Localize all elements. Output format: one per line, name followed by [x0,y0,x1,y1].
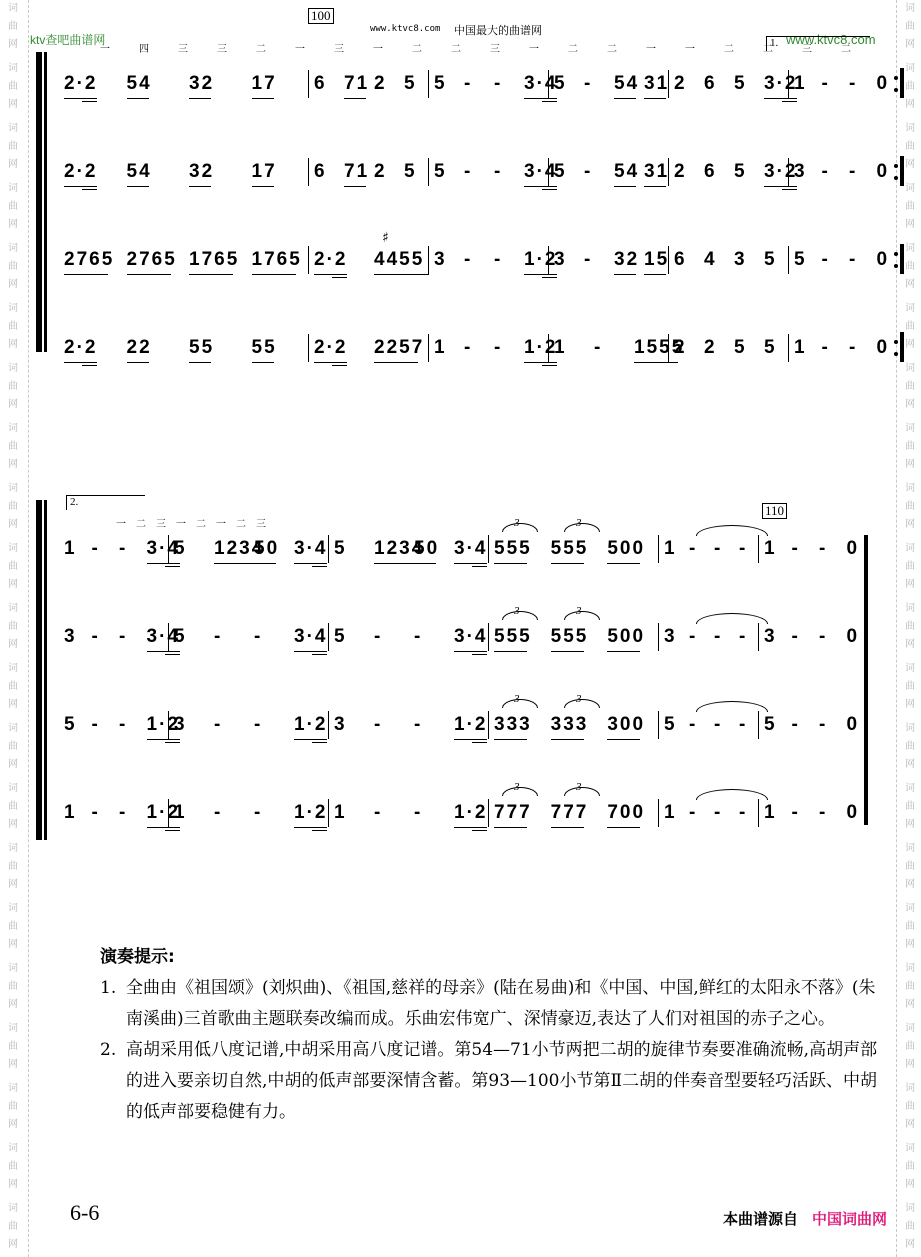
note-group: 1·2 [294,801,327,825]
note-group: - [214,625,222,649]
underline-beam [454,739,487,740]
performance-notes-title: 演奏提示: [100,942,880,967]
note-group: - [689,625,697,649]
measure-number-box: 100 [308,8,334,24]
barline [488,711,489,739]
note-group: - [792,537,800,561]
watermark-glyphs: 词曲网 [5,420,21,474]
staff-row-2: 2·2543217671255--3·45-54312653·23--0 [58,160,878,200]
note-group: - [714,625,722,649]
note-group: 32 [189,72,214,96]
note-number: 1. [100,973,126,1035]
repeat-dot [894,352,898,356]
note-group: 1 [664,537,677,561]
note-group: - [819,625,827,649]
note-group: 333 [551,713,589,737]
note-group: - [92,625,100,649]
underline-beam [314,362,347,363]
watermark-glyphs: 词曲网 [5,480,21,534]
note-group: 555 [551,537,589,561]
repeat-end-barline [900,332,904,362]
note-group: - [819,537,827,561]
note-group: - [464,72,472,96]
site-watermark-url: www.ktvc8.com [370,24,440,34]
barline [328,711,329,739]
underline-beam [189,98,211,99]
barline [548,70,549,98]
barline [168,711,169,739]
barline [328,535,329,563]
barline [488,799,489,827]
underline-beam-2 [312,654,327,655]
note-group: 22 [127,336,152,360]
note-group: 54 [127,72,152,96]
note-group: - [464,248,472,272]
source-label: 本曲谱源自 [723,1210,798,1228]
barline [328,799,329,827]
note-group: 5 [734,72,747,96]
note-group: 500 [607,625,645,649]
note-group: 32 [189,160,214,184]
barline [758,711,759,739]
note-group: 333 [494,713,532,737]
underline-beam [614,274,636,275]
watermark-glyphs: 词曲网 [5,1080,21,1134]
fingering-mark: 一 [685,40,695,55]
note-group: 2765 [64,248,114,272]
underline-beam [64,98,97,99]
note-group: 2 [374,160,387,184]
note-group: - [374,801,382,825]
note-group: 2·2 [64,336,97,360]
underline-beam-2 [542,365,557,366]
note-group: 1765 [252,248,302,272]
note-group: - [849,248,857,272]
note-group: 0 [847,801,860,825]
final-barline [864,535,868,825]
note-group: - [214,801,222,825]
note-group: - [494,72,502,96]
note-group: 2·2 [314,336,347,360]
barline [668,246,669,274]
underline-beam [254,563,276,564]
note-group: - [822,248,830,272]
note-group: 0 [877,160,890,184]
underline-beam [644,274,666,275]
note-group: 777 [494,801,532,825]
fingering-mark: 二 [196,515,206,530]
note-group: - [822,160,830,184]
note-group: 3·4 [294,625,327,649]
underline-beam [147,827,180,828]
source-brand-link[interactable]: 中国词曲网 [812,1210,887,1228]
watermark-glyphs: 词曲网 [5,600,21,654]
note-group: 17 [252,160,277,184]
note-group: 55 [252,336,277,360]
note-group: 2 [674,336,687,360]
note-group: 1·2 [454,713,487,737]
page-number: 6-6 [70,1200,99,1226]
underline-beam [607,651,640,652]
note-group: 6 [314,72,327,96]
score-system-2: 1--3·451234503·451234503·45555555001---1… [36,495,876,835]
fingering-mark: 二 [412,40,422,55]
triplet-slur [502,523,538,532]
note-group: - [714,713,722,737]
watermark-glyphs: 词曲网 [902,480,918,534]
triplet-slur [564,787,600,796]
watermark-glyphs: 词曲网 [5,840,21,894]
note-group: 50 [254,537,279,561]
underline-beam-2 [472,566,487,567]
underline-beam [127,186,149,187]
note-group: 3·4 [524,72,557,96]
barline [788,70,789,98]
fingering-mark: 一 [529,40,539,55]
note-group: - [739,625,747,649]
score-system-1: 2·2543217671255--3·45-54312653·21--02·25… [36,40,876,360]
note-group: 5 [734,336,747,360]
note-group: - [92,713,100,737]
note-group: 0 [847,537,860,561]
barline [308,334,309,362]
fingering-mark: 三 [156,515,166,530]
staff-row-2: 3--3·45--3·45--3·45555555003---3--0 [58,625,878,665]
note-text: 全曲由《祖国颂》(刘炽曲)、《祖国,慈祥的母亲》(陆在易曲)和《中国、中国,鲜红… [126,973,880,1035]
note-group: 3·2 [764,160,797,184]
note-group: 1 [764,537,777,561]
volta-bracket-2: 2. [66,495,145,510]
note-group: 5 [404,160,417,184]
underline-beam [127,274,171,275]
barline [428,246,429,274]
note-group: 1 [764,801,777,825]
barline [548,334,549,362]
note-group: - [584,160,592,184]
note-group: 5 [764,336,777,360]
note-group: - [714,801,722,825]
note-group: 5 [404,72,417,96]
underline-beam-2 [332,365,347,366]
barline [658,799,659,827]
measure-number-box: 110 [762,503,787,519]
note-group: - [849,336,857,360]
underline-beam-2 [82,189,97,190]
underline-beam [524,362,557,363]
note-group: - [792,713,800,737]
sharp-sign: ♯ [382,230,389,246]
note-group: 4 [704,248,717,272]
fingering-mark: 四 [139,40,149,55]
note-group: 2765 [127,248,177,272]
note-group: - [494,248,502,272]
note-group: 3 [334,713,347,737]
watermark-glyphs: 词曲网 [5,1140,21,1194]
note-group: - [92,801,100,825]
note-group: 1 [554,336,567,360]
watermark-glyphs: 词曲网 [902,0,918,54]
watermark-glyphs: 词曲网 [902,180,918,234]
fingering-mark: 二 [724,40,734,55]
watermark-glyphs: 词曲网 [902,240,918,294]
underline-beam-2 [312,830,327,831]
barline [788,334,789,362]
underline-beam-2 [542,189,557,190]
underline-beam [524,186,557,187]
watermark-glyphs: 词曲网 [5,60,21,114]
fingering-mark: 一 [216,515,226,530]
watermark-glyphs: 词曲网 [902,720,918,774]
watermark-glyphs: 词曲网 [5,300,21,354]
watermark-glyphs: 词曲网 [902,1200,918,1254]
underline-beam [607,739,640,740]
barline [168,623,169,651]
note-group: - [464,336,472,360]
staff-row-3: 27652765176517652·2♯44553--1·23-32156435… [58,248,878,288]
note-group: 1·2 [294,713,327,737]
barline [548,158,549,186]
note-group: 0 [877,248,890,272]
repeat-dot [894,88,898,92]
barline [788,158,789,186]
watermark-glyphs: 词曲网 [5,960,21,1014]
underline-beam [524,98,557,99]
underline-beam [189,362,211,363]
note-group: 5 [334,625,347,649]
note-group: 3 [764,625,777,649]
watermark-glyphs: 词曲网 [902,1020,918,1074]
note-item-2: 2. 高胡采用低八度记谱,中胡采用高八度记谱。第54—71小节两把二胡的旋律节奏… [100,1035,880,1128]
fingering-mark: 二 [607,40,617,55]
underline-beam [64,362,97,363]
underline-beam [551,563,584,564]
underline-beam-2 [82,365,97,366]
barline [668,334,669,362]
site-watermark-tagline: 中国最大的曲谱网 [454,22,542,38]
volta-bracket-1: 1. [766,36,870,51]
note-group: - [819,801,827,825]
watermark-glyphs: 词曲网 [902,300,918,354]
underline-beam [252,362,274,363]
note-group: - [822,336,830,360]
note-group: 2 [674,160,687,184]
note-group: 5 [554,72,567,96]
underline-beam [614,186,636,187]
note-group: - [254,625,262,649]
underline-beam [614,98,636,99]
note-group: 6 [704,72,717,96]
barline [658,623,659,651]
note-group: 71 [344,72,369,96]
barline [758,799,759,827]
barline [788,246,789,274]
triplet-slur [564,699,600,708]
note-group: 2257 [374,336,424,360]
note-group: - [822,72,830,96]
underline-beam-2 [312,566,327,567]
note-group: - [254,801,262,825]
underline-beam [314,274,347,275]
note-group: - [689,713,697,737]
underline-beam [634,362,678,363]
note-group: 31 [644,160,669,184]
note-group: - [119,801,127,825]
note-group: - [792,801,800,825]
underline-beam-2 [312,742,327,743]
barline [328,623,329,651]
note-group: 17 [252,72,277,96]
watermark-glyphs: 词曲网 [5,660,21,714]
watermark-glyphs: 词曲网 [902,900,918,954]
note-group: - [414,713,422,737]
note-group: - [119,713,127,737]
barline [488,623,489,651]
staff-row-4: 1--1·21--1·21--1·27777777001---1--0 [58,801,878,841]
watermark-glyphs: 词曲网 [5,720,21,774]
watermark-glyphs: 词曲网 [902,420,918,474]
tie-slur [696,701,768,712]
fingering-mark: 二 [236,515,246,530]
watermark-glyphs: 词曲网 [5,240,21,294]
watermark-glyphs: 词曲网 [902,660,918,714]
note-group: 2·2 [64,72,97,96]
note-group: 1·2 [454,801,487,825]
note-group: 1 [64,537,77,561]
note-group: - [494,336,502,360]
underline-beam [294,563,327,564]
fingering-mark: 一 [295,40,305,55]
underline-beam [252,186,274,187]
tie-slur [696,789,768,800]
fingering-mark: 二 [136,515,146,530]
watermark-glyphs: 词曲网 [902,1140,918,1194]
note-group: - [739,713,747,737]
underline-beam [644,186,666,187]
note-group: 700 [607,801,645,825]
note-group: - [92,537,100,561]
staff-row-1: 2·2543217671255--3·45-54312653·21--0 [58,72,878,112]
fingering-mark: 三 [334,40,344,55]
underline-beam [494,563,527,564]
system-brace [36,500,44,840]
note-group: 32 [614,248,639,272]
underline-beam [764,98,797,99]
note-group: 2·2 [314,248,347,272]
note-group: 1·2 [524,248,557,272]
underline-beam [214,563,258,564]
source-credit: 本曲谱源自中国词曲网 [723,1208,887,1229]
tie-slur [696,525,768,536]
underline-beam [454,827,487,828]
watermark-glyphs: 词曲网 [5,360,21,414]
barline [428,70,429,98]
barline [668,70,669,98]
note-group: 2 [704,336,717,360]
underline-beam-2 [472,654,487,655]
repeat-dot [894,176,898,180]
underline-beam-2 [542,277,557,278]
barline [758,623,759,651]
underline-beam [189,274,233,275]
watermark-glyphs: 词曲网 [902,840,918,894]
watermark-glyphs: 词曲网 [902,600,918,654]
underline-beam [374,274,429,275]
underline-beam-2 [165,742,180,743]
note-group: 1 [794,72,807,96]
note-group: - [119,625,127,649]
fingering-mark: 三 [217,40,227,55]
watermark-glyphs: 词曲网 [902,780,918,834]
triplet-slur [502,611,538,620]
note-text: 高胡采用低八度记谱,中胡采用高八度记谱。第54—71小节两把二胡的旋律节奏要准确… [126,1035,880,1128]
note-group: 0 [847,625,860,649]
watermark-glyphs: 词曲网 [902,360,918,414]
repeat-dot [894,340,898,344]
underline-beam [294,739,327,740]
underline-beam [551,827,584,828]
repeat-end-barline [900,68,904,98]
watermark-glyphs: 词曲网 [5,540,21,594]
underline-beam-2 [82,101,97,102]
triplet-slur [502,787,538,796]
fingering-mark: 三 [256,515,266,530]
note-group: 2 [674,72,687,96]
underline-beam [414,563,436,564]
note-group: - [739,801,747,825]
barline [308,70,309,98]
underline-beam [294,827,327,828]
fingering-mark: 二 [841,40,851,55]
repeat-dot [894,264,898,268]
system-brace [36,52,44,352]
barline [428,334,429,362]
watermark-glyphs: 词曲网 [5,0,21,54]
watermark-glyphs: 词曲网 [5,900,21,954]
fingering-mark: 一 [116,515,126,530]
note-group: 500 [607,537,645,561]
note-group: 0 [847,713,860,737]
note-group: 3·2 [764,72,797,96]
note-group: - [689,801,697,825]
note-group: 777 [551,801,589,825]
note-group: 2 [374,72,387,96]
note-group: 5 [734,160,747,184]
underline-beam-2 [472,830,487,831]
barline [758,535,759,563]
watermark-glyphs: 词曲网 [902,960,918,1014]
triplet-slur [502,699,538,708]
barline [658,535,659,563]
barline [488,535,489,563]
note-group: 6 [674,248,687,272]
underline-beam [551,739,584,740]
fingering-mark: 一 [373,40,383,55]
watermark-glyphs: 词曲网 [902,60,918,114]
barline [668,158,669,186]
barline [658,711,659,739]
underline-beam [147,563,180,564]
fingering-mark: 三 [490,40,500,55]
note-group: 6 [314,160,327,184]
underline-beam [607,827,640,828]
underline-beam [252,98,274,99]
note-group: 555 [494,537,532,561]
underline-beam [524,274,557,275]
note-group: - [792,625,800,649]
note-group: 0 [877,336,890,360]
barline [308,158,309,186]
repeat-end-barline [900,156,904,186]
